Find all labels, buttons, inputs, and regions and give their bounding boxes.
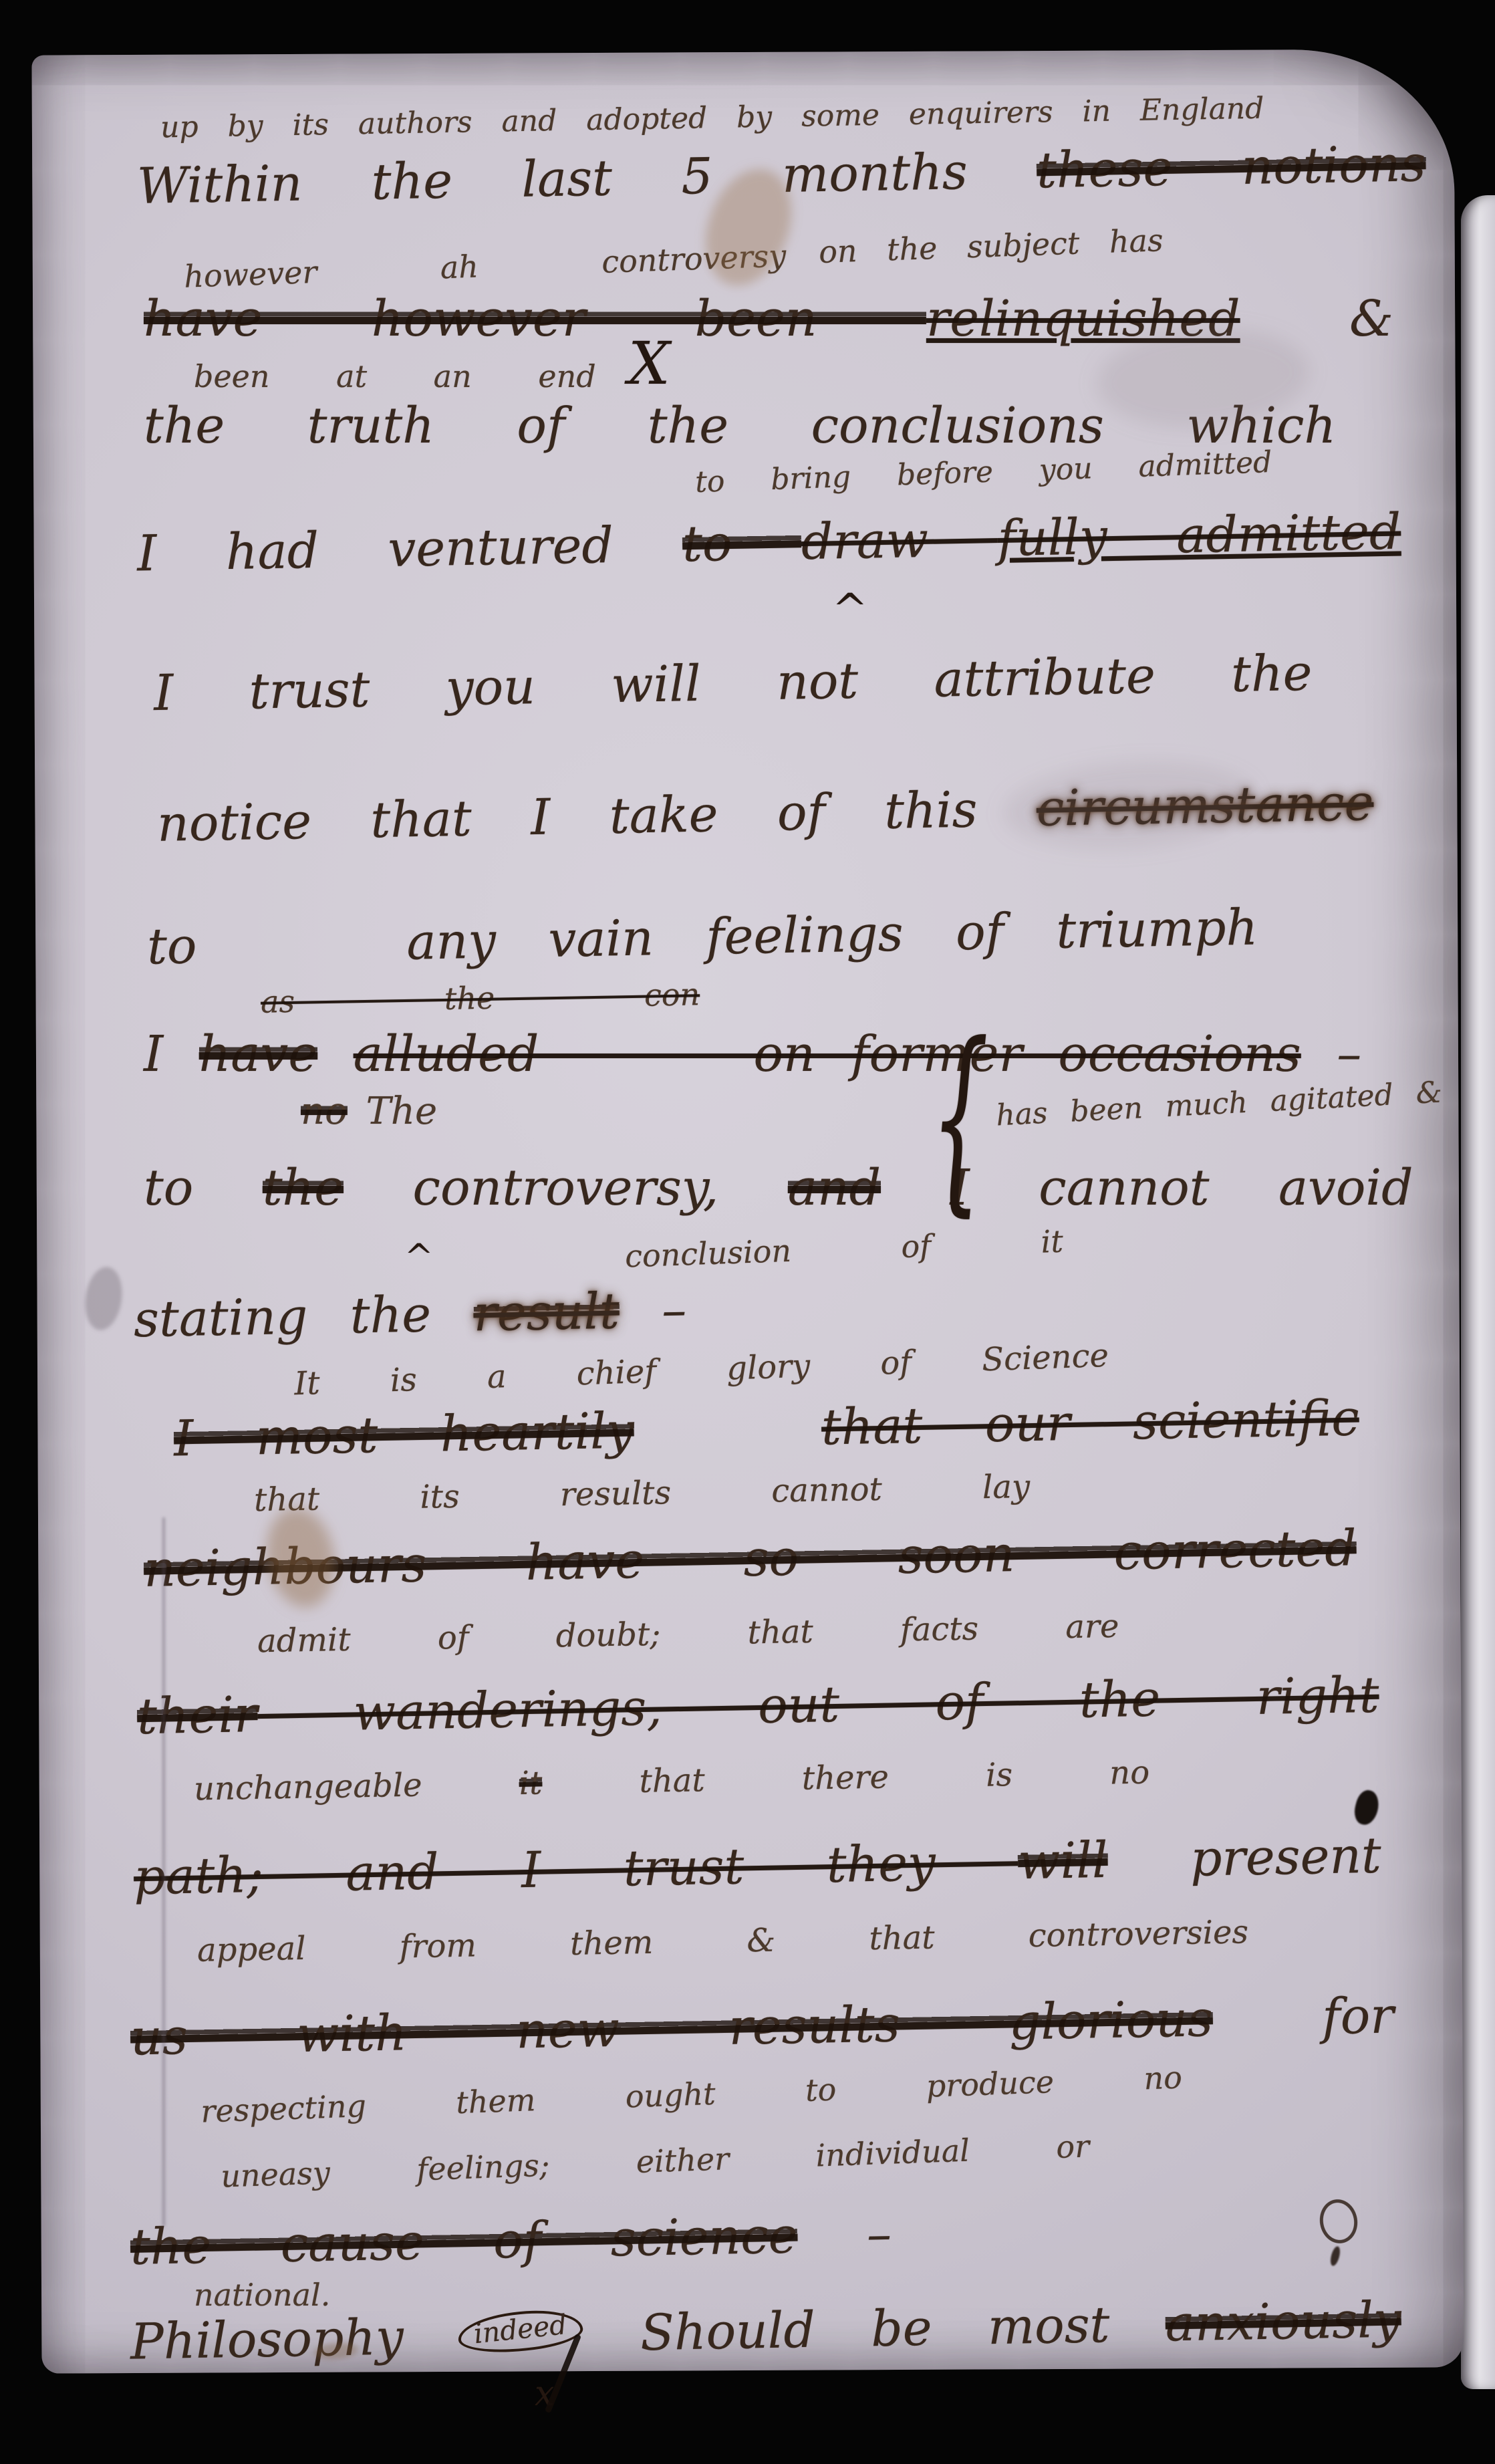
manuscript-photo: up by its authors and adopted by some en…	[0, 0, 1495, 2464]
inserted-word-balloon: indeed	[456, 2305, 585, 2357]
text-segment: for	[1212, 1987, 1394, 2048]
struck-text: will	[1017, 1832, 1108, 1890]
text-segment: –	[1301, 1025, 1362, 1083]
struck-text: result	[473, 1283, 620, 1343]
struck-text: the	[263, 1159, 344, 1217]
struck-text: have however been	[144, 290, 926, 348]
text-segment: The	[348, 1090, 437, 1133]
text-segment: –	[797, 2205, 892, 2264]
text-segment: to	[144, 1159, 263, 1217]
text-segment: Should be most	[584, 2296, 1166, 2363]
text-segment: national.	[194, 2277, 330, 2313]
manuscript-line: stating the result –	[133, 1285, 686, 1344]
struck-text: these notions	[1036, 135, 1426, 199]
struck-text: fully admitted	[997, 503, 1401, 568]
struck-text: it	[519, 1764, 543, 1802]
struck-text: draw	[801, 510, 998, 571]
manuscript-line: to the controversy, and I cannot avoid	[144, 1163, 1413, 1213]
manuscript-line: no The	[301, 1093, 437, 1130]
struck-text: as the con	[261, 976, 700, 1019]
manuscript-line: as the con	[261, 979, 700, 1017]
struck-text: I most heartily	[173, 1402, 634, 1467]
text-segment: been at an end	[194, 358, 596, 394]
brace-mark: {	[930, 1019, 989, 1220]
manuscript-line: the cause of science –	[130, 2209, 892, 2272]
text-segment: unchangeable	[194, 1765, 520, 1808]
struck-text: their	[136, 1686, 258, 1745]
text-segment: Philosophy	[130, 2308, 460, 2371]
text-segment: I	[144, 1025, 199, 1083]
struck-text: to	[682, 513, 801, 573]
insertion-caret: ^	[832, 588, 868, 631]
struck-text: that our scientific	[821, 1390, 1359, 1457]
struck-text: anxiously	[1165, 2291, 1401, 2352]
text-segment: I had ventured	[136, 515, 683, 582]
manuscript-line: I have alluded on former occasions –	[144, 1029, 1361, 1079]
text-segment: stating the	[133, 1285, 474, 1348]
text-segment: present	[1107, 1827, 1382, 1889]
book-page-edge	[1461, 195, 1495, 2389]
text-segment	[634, 1399, 822, 1460]
insertion-caret: ^	[404, 1240, 434, 1275]
text-segment	[317, 1025, 354, 1083]
manuscript-line: been at an end	[194, 361, 596, 392]
text-segment: –	[619, 1281, 687, 1340]
struck-text: and	[788, 1159, 881, 1217]
struck-text: the cause of science	[130, 2207, 798, 2276]
paper-crease	[162, 1517, 165, 2226]
manuscript-line: national.	[194, 2280, 330, 2310]
text-segment: controversy,	[344, 1159, 788, 1217]
struck-text: have	[199, 1025, 317, 1083]
insertion-x-mark: X	[628, 334, 670, 393]
struck-text: alluded on former occasions	[354, 1025, 1301, 1083]
struck-text: no	[301, 1090, 348, 1133]
